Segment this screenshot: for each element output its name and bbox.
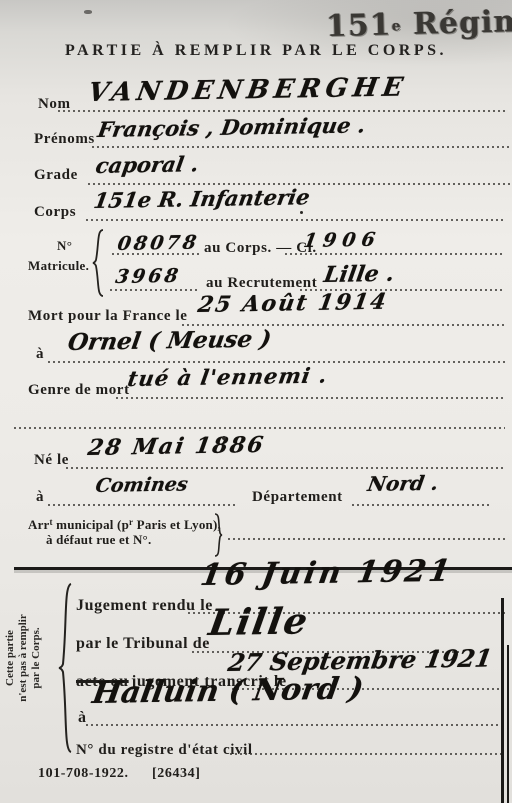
arrondissement-brace-icon [212, 512, 224, 558]
departement-value: Nord . [366, 471, 440, 496]
nom-value: VANDENBERGHE [86, 72, 410, 108]
dotted-line [86, 219, 505, 221]
dotted-line [116, 397, 505, 399]
scan-fold-line [501, 598, 504, 803]
corps-value: 151e R. Infanterie [92, 184, 312, 213]
lieu-mort-label: à [36, 346, 44, 363]
stamp-ordinal: e [391, 18, 401, 34]
transcription-lieu-value: Halluin ( Nord ) [90, 671, 366, 711]
dotted-line [230, 753, 505, 755]
dotted-line [14, 427, 505, 429]
jugement-rendu-value: 16 Juin 1921 [198, 554, 456, 593]
ne-le-value: 28 Mai 1886 [86, 432, 267, 461]
mort-label: Mort pour la France le [28, 308, 188, 325]
scan-fold-line [507, 645, 509, 803]
dotted-line [48, 504, 238, 506]
arr-text: municipal (p [53, 517, 129, 532]
matricule-label-line2: Matricule. [28, 258, 89, 274]
stamp-word: Régimen [401, 3, 512, 42]
military-record-card: 151e Régimen PARTIE À REMPLIR PAR LE COR… [0, 0, 512, 803]
grade-value: caporal . [94, 151, 201, 178]
arr-text: Paris et Lyon), [133, 517, 221, 532]
imprint-series: [26434] [152, 766, 201, 782]
matricule-corps-number: 08078 [116, 232, 201, 255]
arrondissement-label-line1: Arrt municipal (pr Paris et Lyon), [28, 517, 221, 533]
corps-label: Corps [34, 204, 76, 221]
margin-note-line1: Cette partie [4, 583, 17, 733]
dotted-line [285, 253, 505, 255]
arr-text: Arr [28, 517, 50, 532]
genre-mort-label: Genre de mort [28, 382, 130, 399]
recrutement-value: Lille . [322, 261, 396, 288]
dotted-line [228, 538, 505, 540]
registre-label: N° du registre d'état civil [76, 742, 253, 759]
dotted-line [112, 253, 200, 255]
grade-label: Grade [34, 167, 78, 184]
genre-mort-value: tué à l'ennemi . [126, 363, 330, 391]
lieu-naissance-label: à [36, 489, 44, 506]
lieu-naissance-value: Comines [94, 473, 189, 497]
dotted-line [352, 504, 490, 506]
dotted-line [110, 289, 200, 291]
form-title: PARTIE À REMPLIR PAR LE CORPS. [30, 42, 482, 60]
ne-le-label: Né le [34, 452, 69, 469]
regiment-stamp: 151e Régimen [326, 3, 512, 44]
matricule-brace-icon [90, 228, 106, 298]
matricule-label-line1: N° [57, 238, 72, 254]
margin-note-line3: par le Corps. [30, 583, 43, 733]
margin-note-line2: n'est pas à remplir [17, 583, 30, 733]
dotted-line [66, 467, 505, 469]
ink-speck [84, 10, 92, 14]
matricule-recrutement-number: 3968 [114, 265, 183, 288]
classe-value: 1906 [302, 229, 383, 252]
dotted-line [58, 110, 505, 112]
mort-date-value: 25 Août 1914 [196, 289, 390, 318]
dotted-line [92, 146, 512, 148]
prenoms-value: François , Dominique . [96, 112, 367, 142]
jugement-brace-icon [56, 582, 74, 754]
stamp-number: 151 [326, 7, 393, 44]
tribunal-label: par le Tribunal de [76, 635, 210, 653]
imprint-reference: 101-708-1922. [38, 766, 129, 782]
margin-note: Cette partie n'est pas à remplir par le … [4, 583, 48, 733]
departement-label: Département [252, 489, 343, 506]
ink-speck [222, 436, 226, 440]
lieu-mort-value: Ornel ( Meuse ) [66, 325, 273, 356]
prenoms-label: Prénoms [34, 131, 95, 148]
ink-speck [300, 211, 303, 214]
tribunal-value: Lille [206, 600, 312, 644]
arrondissement-label-line2: à défaut rue et N°. [46, 532, 151, 548]
dotted-line [86, 724, 505, 726]
